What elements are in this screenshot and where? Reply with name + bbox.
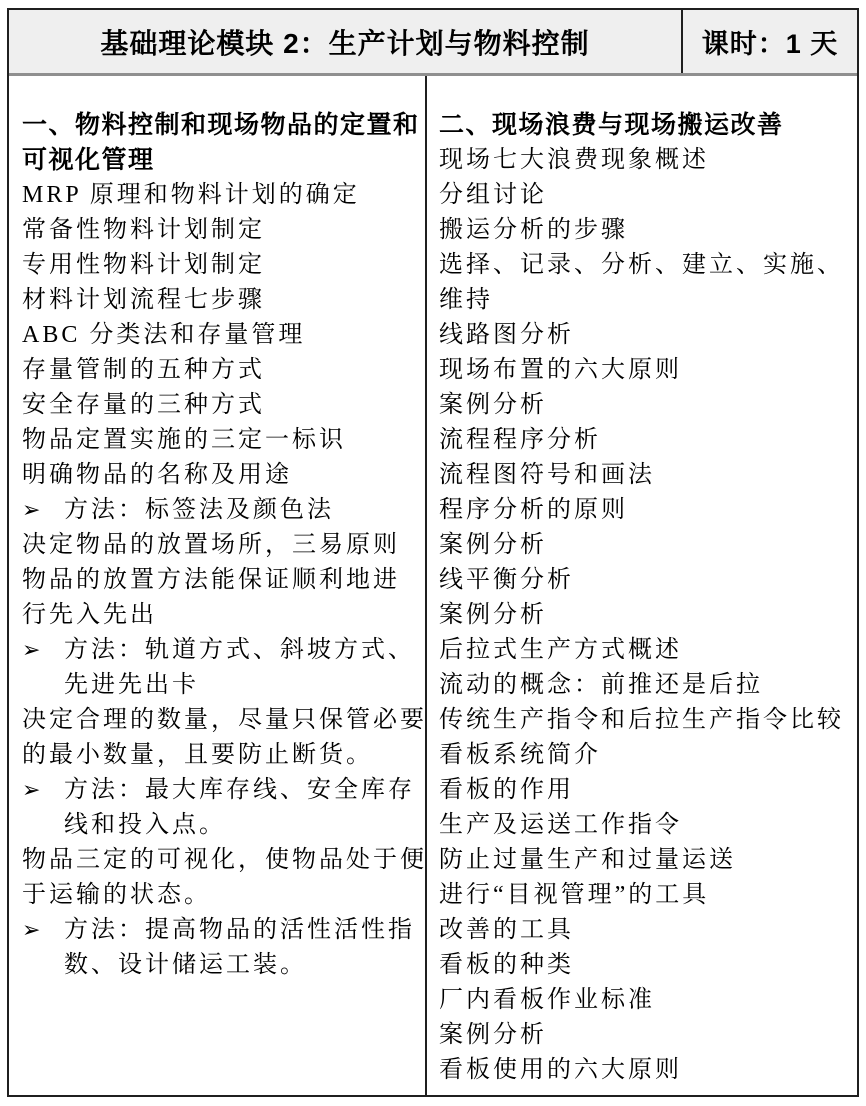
line-text: 专用性物料计划制定 <box>22 252 265 278</box>
line-text: 常备性物料计划制定 <box>22 217 265 243</box>
line-text: 方法：提高物品的活性活性指 <box>64 917 415 943</box>
topic-line: 线平衡分析 <box>439 563 851 598</box>
line-text: 物品三定的可视化，使物品处于便 <box>22 847 427 873</box>
arrow-bullet-icon: ➢ <box>22 913 64 948</box>
line-text: 流程图符号和画法 <box>439 462 655 488</box>
topic-line: 厂内看板作业标准 <box>439 983 851 1018</box>
line-text: 防止过量生产和过量运送 <box>439 847 736 873</box>
line-text: 维持 <box>439 287 493 313</box>
line-text: 厂内看板作业标准 <box>439 987 655 1013</box>
topic-line: 先进先出卡 <box>22 668 419 703</box>
topic-line: MRP 原理和物料计划的确定 <box>22 178 419 213</box>
topic-line: 后拉式生产方式概述 <box>439 633 851 668</box>
line-text: 存量管制的五种方式 <box>22 357 265 383</box>
topic-line: 存量管制的五种方式 <box>22 353 419 388</box>
document-page: 基础理论模块 2：生产计划与物料控制 课时：1 天 一、物料控制和现场物品的定置… <box>0 0 866 1106</box>
topic-line: 看板的种类 <box>439 948 851 983</box>
topic-line: 流程程序分析 <box>439 423 851 458</box>
topic-line: ➢方法：标签法及颜色法 <box>22 493 419 528</box>
topic-line: 传统生产指令和后拉生产指令比较 <box>439 703 851 738</box>
topic-line: ➢方法：轨道方式、斜坡方式、 <box>22 633 419 668</box>
topic-line: 案例分析 <box>439 598 851 633</box>
topic-line: 看板使用的六大原则 <box>439 1053 851 1088</box>
line-text: 安全存量的三种方式 <box>22 392 265 418</box>
topic-line: 选择、记录、分析、建立、实施、 <box>439 248 851 283</box>
line-text: 后拉式生产方式概述 <box>439 637 682 663</box>
line-text: 方法：轨道方式、斜坡方式、 <box>64 637 415 663</box>
topic-line: 物品三定的可视化，使物品处于便 <box>22 843 419 878</box>
line-text: 于运输的状态。 <box>22 882 211 908</box>
topic-line: 专用性物料计划制定 <box>22 248 419 283</box>
topic-line: ➢方法：最大库存线、安全库存 <box>22 773 419 808</box>
line-text: 方法：标签法及颜色法 <box>64 497 334 523</box>
topic-line: 决定物品的放置场所，三易原则 <box>22 528 419 563</box>
topic-line: ABC 分类法和存量管理 <box>22 318 419 353</box>
module-title: 基础理论模块 2：生产计划与物料控制 <box>9 10 681 73</box>
topic-line: 材料计划流程七步骤 <box>22 283 419 318</box>
line-text: 案例分析 <box>439 602 547 628</box>
line-text: 现场布置的六大原则 <box>439 357 682 383</box>
module-duration: 课时：1 天 <box>681 10 857 73</box>
topic-line: 常备性物料计划制定 <box>22 213 419 248</box>
line-text: 可视化管理 <box>22 146 155 174</box>
section-heading-line: 可视化管理 <box>22 143 419 178</box>
line-text: 流程程序分析 <box>439 427 601 453</box>
table-header-row: 基础理论模块 2：生产计划与物料控制 课时：1 天 <box>9 10 857 76</box>
line-text: 先进先出卡 <box>64 672 199 698</box>
line-text: ABC 分类法和存量管理 <box>22 322 305 348</box>
topic-line: 搬运分析的步骤 <box>439 213 851 248</box>
topic-line: 现场七大浪费现象概述 <box>439 143 851 178</box>
line-text: 决定合理的数量，尽量只保管必要 <box>22 707 427 733</box>
line-text: 的最小数量，且要防止断货。 <box>22 742 373 768</box>
topic-line: 物品定置实施的三定一标识 <box>22 423 419 458</box>
line-text: 线和投入点。 <box>64 812 226 838</box>
section-heading-line: 二、现场浪费与现场搬运改善 <box>439 108 851 143</box>
topic-line: 安全存量的三种方式 <box>22 388 419 423</box>
topic-line: 生产及运送工作指令 <box>439 808 851 843</box>
line-text: 改善的工具 <box>439 917 574 943</box>
topic-line: 决定合理的数量，尽量只保管必要 <box>22 703 419 738</box>
line-text: 案例分析 <box>439 532 547 558</box>
topic-line: 现场布置的六大原则 <box>439 353 851 388</box>
topic-line: 分组讨论 <box>439 178 851 213</box>
topic-line: 案例分析 <box>439 388 851 423</box>
line-text: 选择、记录、分析、建立、实施、 <box>439 252 844 278</box>
line-text: 决定物品的放置场所，三易原则 <box>22 532 400 558</box>
line-text: 看板系统简介 <box>439 742 601 768</box>
line-text: 案例分析 <box>439 392 547 418</box>
left-column-section-1: 一、物料控制和现场物品的定置和可视化管理MRP 原理和物料计划的确定常备性物料计… <box>9 76 427 1095</box>
topic-line: 案例分析 <box>439 1018 851 1053</box>
line-text: 进行“目视管理”的工具 <box>439 882 709 908</box>
topic-line: 于运输的状态。 <box>22 878 419 913</box>
line-text: 线平衡分析 <box>439 567 574 593</box>
topic-line: 物品的放置方法能保证顺利地进 <box>22 563 419 598</box>
line-text: 现场七大浪费现象概述 <box>439 147 709 173</box>
right-column-section-2: 二、现场浪费与现场搬运改善现场七大浪费现象概述分组讨论搬运分析的步骤选择、记录、… <box>427 76 857 1095</box>
line-text: 材料计划流程七步骤 <box>22 287 265 313</box>
arrow-bullet-icon: ➢ <box>22 773 64 808</box>
line-text: 看板使用的六大原则 <box>439 1057 682 1083</box>
line-text: 明确物品的名称及用途 <box>22 462 292 488</box>
section-heading-line: 一、物料控制和现场物品的定置和 <box>22 108 419 143</box>
topic-line: 流程图符号和画法 <box>439 458 851 493</box>
topic-line: 进行“目视管理”的工具 <box>439 878 851 913</box>
line-text: 传统生产指令和后拉生产指令比较 <box>439 707 844 733</box>
line-text: 看板的种类 <box>439 952 574 978</box>
line-text: 程序分析的原则 <box>439 497 628 523</box>
topic-line: 数、设计储运工装。 <box>22 948 419 983</box>
line-text: 物品定置实施的三定一标识 <box>22 427 346 453</box>
topic-line: 改善的工具 <box>439 913 851 948</box>
line-text: 看板的作用 <box>439 777 574 803</box>
topic-line: 流动的概念：前推还是后拉 <box>439 668 851 703</box>
line-text: 物品的放置方法能保证顺利地进 <box>22 567 400 593</box>
table-body-row: 一、物料控制和现场物品的定置和可视化管理MRP 原理和物料计划的确定常备性物料计… <box>9 76 857 1095</box>
course-module-table: 基础理论模块 2：生产计划与物料控制 课时：1 天 一、物料控制和现场物品的定置… <box>7 8 859 1097</box>
line-text: 分组讨论 <box>439 182 547 208</box>
topic-line: 明确物品的名称及用途 <box>22 458 419 493</box>
topic-line: 线路图分析 <box>439 318 851 353</box>
line-text: 线路图分析 <box>439 322 574 348</box>
line-text: 案例分析 <box>439 1022 547 1048</box>
topic-line: 维持 <box>439 283 851 318</box>
topic-line: 线和投入点。 <box>22 808 419 843</box>
topic-line: 案例分析 <box>439 528 851 563</box>
line-text: 数、设计储运工装。 <box>64 952 307 978</box>
line-text: 一、物料控制和现场物品的定置和 <box>22 111 420 139</box>
line-text: 二、现场浪费与现场搬运改善 <box>439 111 784 139</box>
line-text: 行先入先出 <box>22 602 157 628</box>
topic-line: 看板系统简介 <box>439 738 851 773</box>
topic-line: 看板的作用 <box>439 773 851 808</box>
line-text: MRP 原理和物料计划的确定 <box>22 182 360 208</box>
topic-line: 的最小数量，且要防止断货。 <box>22 738 419 773</box>
line-text: 方法：最大库存线、安全库存 <box>64 777 415 803</box>
topic-line: 防止过量生产和过量运送 <box>439 843 851 878</box>
topic-line: ➢方法：提高物品的活性活性指 <box>22 913 419 948</box>
line-text: 流动的概念：前推还是后拉 <box>439 672 763 698</box>
topic-line: 行先入先出 <box>22 598 419 633</box>
line-text: 生产及运送工作指令 <box>439 812 682 838</box>
topic-line: 程序分析的原则 <box>439 493 851 528</box>
line-text: 搬运分析的步骤 <box>439 217 628 243</box>
arrow-bullet-icon: ➢ <box>22 633 64 668</box>
arrow-bullet-icon: ➢ <box>22 493 64 528</box>
